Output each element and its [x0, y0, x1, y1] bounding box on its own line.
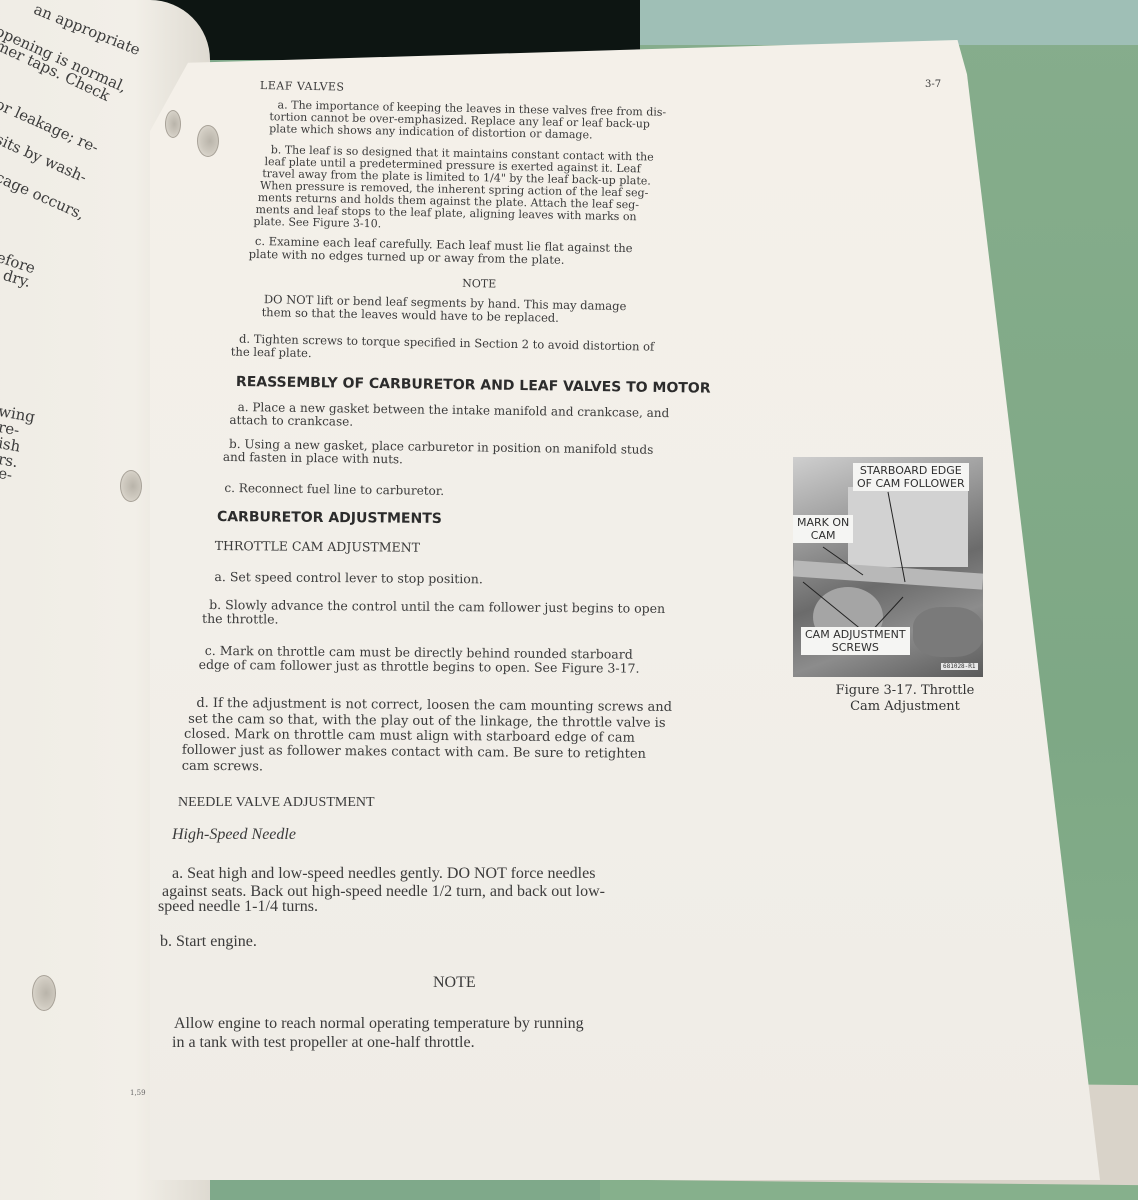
- note-line: Allow engine to reach normal operating t…: [174, 1015, 584, 1033]
- subsection-heading: NEEDLE VALVE ADJUSTMENT: [178, 794, 375, 812]
- subsection-heading: High-Speed Needle: [172, 826, 296, 844]
- figure-caption: Figure 3-17. Throttle Cam Adjustment: [800, 683, 1010, 715]
- footer-code: 1,59: [130, 1086, 146, 1101]
- paragraph-line: c. Reconnect fuel line to carburetor.: [224, 481, 444, 499]
- paragraph-line: attach to crankcase.: [229, 413, 353, 430]
- label-mark-on-cam: MARK ON CAM: [793, 515, 853, 543]
- paragraph-line: the throttle.: [202, 611, 279, 627]
- paragraph-line: b. Start engine.: [160, 933, 257, 951]
- paragraph-line: the leaf plate.: [231, 344, 312, 361]
- paragraph-line: plate. See Figure 3-10.: [253, 214, 381, 231]
- note-heading: NOTE: [462, 276, 496, 292]
- caption-line: Figure 3-17. Throttle: [800, 683, 1010, 699]
- subsection-heading: THROTTLE CAM ADJUSTMENT: [215, 538, 420, 555]
- label-line: CAM: [797, 529, 849, 542]
- section-heading: REASSEMBLY OF CARBURETOR AND LEAF VALVES…: [236, 375, 711, 397]
- note-heading: NOTE: [433, 974, 476, 992]
- label-cam-adjustment-screws: CAM ADJUSTMENT SCREWS: [801, 627, 910, 655]
- paragraph-line: speed needle 1-1/4 turns.: [158, 898, 318, 916]
- paragraph-line: cam screws.: [182, 759, 263, 775]
- label-starboard-edge: STARBOARD EDGE OF CAM FOLLOWER: [853, 463, 969, 491]
- label-line: STARBOARD EDGE: [857, 464, 965, 477]
- note-line: in a tank with test propeller at one-hal…: [172, 1034, 475, 1052]
- section-heading: CARBURETOR ADJUSTMENTS: [217, 510, 442, 527]
- figure-photo: STARBOARD EDGE OF CAM FOLLOWER MARK ON C…: [793, 457, 983, 677]
- paragraph-line: a. Seat high and low-speed needles gentl…: [172, 865, 595, 883]
- label-line: CAM ADJUSTMENT: [805, 628, 906, 641]
- section-heading: LEAF VALVES: [260, 78, 345, 95]
- page-content: 3-7 LEAF VALVES a. The importance of kee…: [0, 0, 1138, 1200]
- label-line: MARK ON: [797, 516, 849, 529]
- label-line: SCREWS: [805, 641, 906, 654]
- paragraph-line: edge of cam follower just as throttle be…: [199, 657, 640, 676]
- figure-code: 681028-R1: [941, 663, 978, 670]
- caption-line: Cam Adjustment: [800, 699, 1010, 715]
- page-number: 3-7: [925, 77, 941, 92]
- paragraph-line: and fasten in place with nuts.: [223, 450, 403, 468]
- paragraph-line: a. Set speed control lever to stop posit…: [214, 569, 483, 586]
- label-line: OF CAM FOLLOWER: [857, 477, 965, 490]
